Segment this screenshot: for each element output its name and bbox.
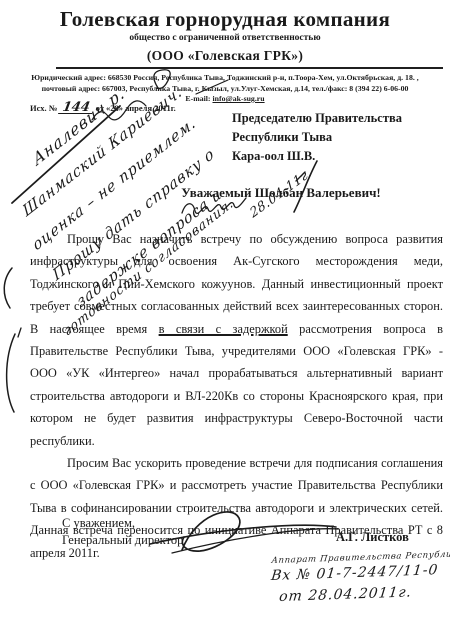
signoff-regards: С уважением, — [62, 515, 183, 532]
ref-prefix: Исх. № — [30, 103, 57, 113]
margin-tick — [18, 328, 21, 337]
director-name: А.Г. Листков — [336, 530, 409, 545]
company-short-name: (ООО «Голевская ГРК») — [0, 48, 450, 64]
addressee-line-1: Председателю Правительства — [232, 109, 402, 128]
company-type-subtitle: общество с ограниченной ответственностью — [0, 33, 450, 43]
paragraph-1-continued: рассмотрения вопроса в Правительстве Рес… — [30, 322, 443, 448]
letterhead-divider — [56, 67, 443, 69]
underlined-phrase: в связи с задержкой — [159, 322, 288, 336]
letterhead: Голевская горнорудная компания общество … — [0, 0, 450, 105]
signoff-title: Генеральный директор — [62, 532, 183, 549]
scanned-letter-page: Голевская горнорудная компания общество … — [0, 0, 450, 618]
registration-stamp-line-3: от 28.04.2011г. — [278, 584, 412, 605]
registration-stamp-line-2: Вх № 01-7-2447/11-0 — [270, 562, 439, 584]
addressee-block: Председателю Правительства Республики Ты… — [232, 109, 402, 166]
company-name: Голевская горнорудная компания — [0, 7, 450, 32]
margin-bracket — [7, 334, 15, 412]
margin-bracket — [4, 268, 12, 308]
addressee-line-2: Республики Тыва — [232, 128, 402, 147]
letter-body: Прошу Вас назначить встречу по обсуждени… — [30, 228, 443, 564]
addressee-line-3: Кара-оол Ш.В. — [232, 147, 402, 166]
legal-address-line: Юридический адрес: 668530 Россия, Респуб… — [8, 73, 442, 84]
signoff-block: С уважением, Генеральный директор — [62, 515, 183, 549]
postal-address-line: почтовый адрес: 667003, Республика Тыва,… — [8, 84, 442, 95]
email-label: E-mail: — [185, 94, 210, 103]
email-address: info@ak-sug.ru — [212, 94, 264, 103]
body-paragraph-1: Прошу Вас назначить встречу по обсуждени… — [30, 228, 443, 452]
